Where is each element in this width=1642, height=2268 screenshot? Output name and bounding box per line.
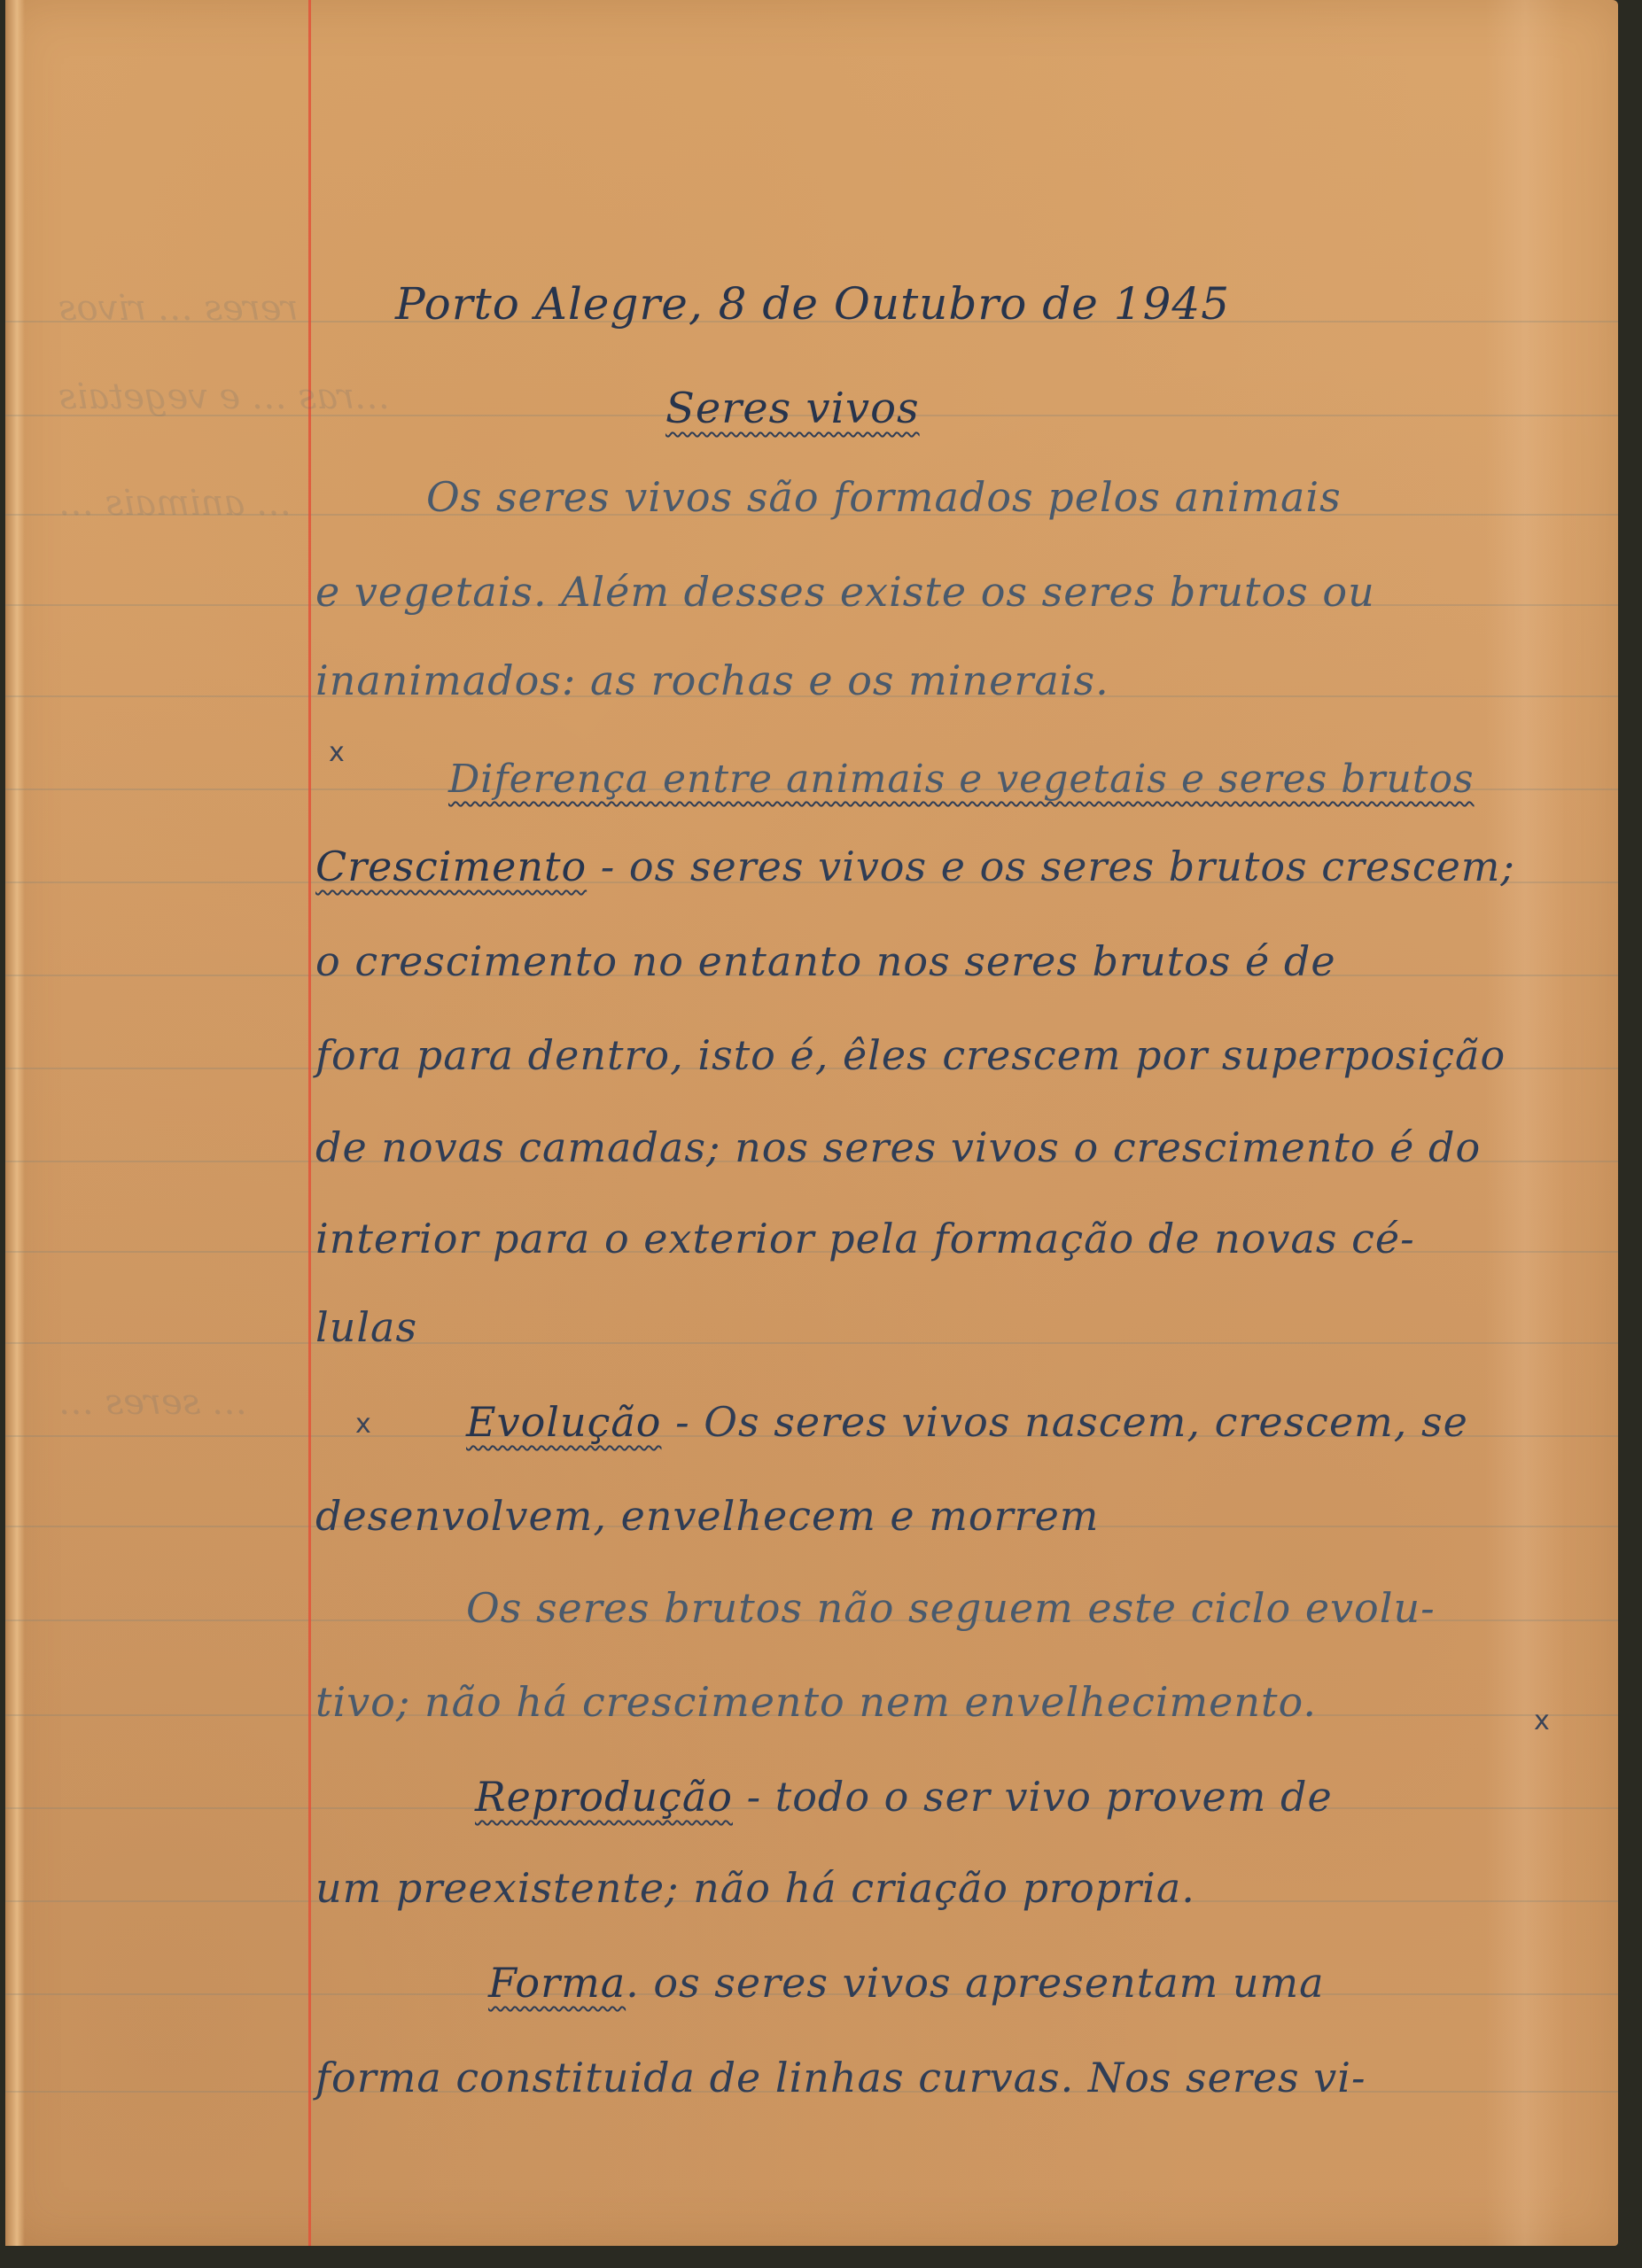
text-line: desenvolvem, envelhecem e morrem — [315, 1495, 1099, 1536]
text-line: interior para o exterior pela formação d… — [315, 1218, 1415, 1259]
term-forma: Forma — [488, 1959, 626, 2007]
page-title: Seres vivos — [665, 387, 920, 430]
bleed-through: reres … rivos — [58, 288, 299, 329]
text-line: tivo; não há crescimento nem envelhecime… — [315, 1682, 1317, 1722]
term-crescimento: Crescimento — [315, 843, 587, 890]
text-line: Reprodução - todo o ser vivo provem de — [475, 1776, 1333, 1817]
definition-text: . os seres vivos apresentam uma — [626, 1959, 1324, 2007]
text-line: inanimados: as rochas e os minerais. — [315, 660, 1109, 701]
margin-x-mark: x — [355, 1409, 371, 1440]
bleed-through: … animais … — [58, 483, 292, 524]
term-evolucao: Evolução — [466, 1398, 661, 1446]
text-line: lulas — [315, 1307, 417, 1348]
margin-x-mark: x — [1534, 1705, 1550, 1736]
text-line: Forma. os seres vivos apresentam uma — [488, 1962, 1325, 2003]
page-edge — [5, 0, 25, 2246]
ruled-line — [5, 1342, 1618, 1344]
text-line: e vegetais. Além desses existe os seres … — [315, 571, 1375, 612]
notebook-page: reres … rivos …ras … e vegetais … animai… — [5, 0, 1618, 2246]
definition-text: - Os seres vivos nascem, crescem, se — [661, 1398, 1467, 1446]
paper-stain — [1485, 0, 1565, 2246]
bleed-through: … seres … — [58, 1382, 247, 1423]
margin-x-mark: x — [329, 737, 345, 768]
margin-line — [308, 0, 311, 2246]
bleed-through: …ras … e vegetais — [58, 377, 390, 417]
text-line: Evolução - Os seres vivos nascem, cresce… — [466, 1402, 1468, 1442]
text-line: o crescimento no entanto nos seres bruto… — [315, 941, 1336, 982]
section-heading: Diferença entre animais e vegetais e ser… — [448, 760, 1475, 799]
text-line: Os seres vivos são formados pelos animai… — [426, 477, 1342, 517]
place-date: Porto Alegre, 8 de Outubro de 1945 — [395, 282, 1230, 326]
text-line: Os seres brutos não seguem este ciclo ev… — [466, 1588, 1436, 1628]
term-reproducao: Reprodução — [475, 1773, 733, 1821]
text-line: um preexistente; não há criação propria. — [315, 1868, 1195, 1908]
text-line: de novas camadas; nos seres vivos o cres… — [315, 1127, 1481, 1168]
text-line: forma constituida de linhas curvas. Nos … — [315, 2057, 1366, 2098]
text-line: fora para dentro, isto é, êles crescem p… — [315, 1035, 1506, 1076]
text-line: Crescimento - os seres vivos e os seres … — [315, 846, 1515, 887]
definition-text: - todo o ser vivo provem de — [733, 1773, 1333, 1821]
definition-text: - os seres vivos e os seres brutos cresc… — [587, 843, 1515, 890]
